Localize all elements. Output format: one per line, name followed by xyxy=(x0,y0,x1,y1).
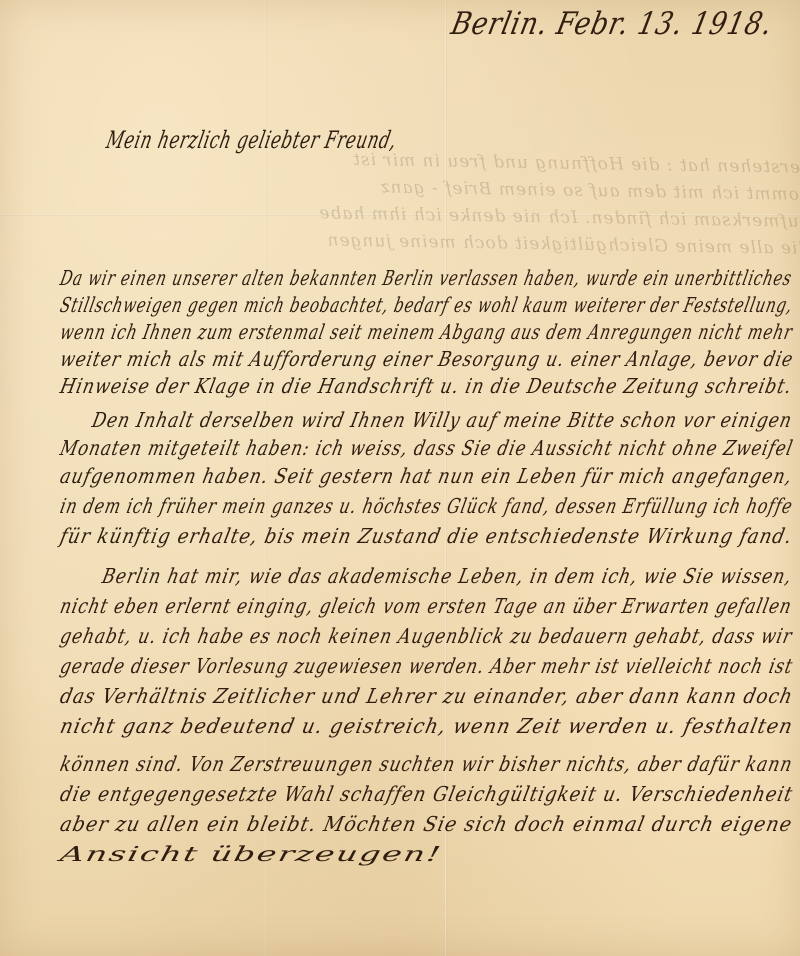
body-line: nicht eben erlernt einging, gleich vom e… xyxy=(58,594,794,618)
body-line: Monaten mitgeteilt haben: ich weiss, das… xyxy=(58,436,796,460)
body-line: Hinweise der Klage in die Handschrift u.… xyxy=(58,374,795,398)
body-line: Ansicht überzeugen! xyxy=(58,842,445,866)
body-line: gerade dieser Vorlesung zugewiesen werde… xyxy=(58,654,795,678)
body-line: die entgegengesetzte Wahl schaffen Gleic… xyxy=(58,782,795,806)
body-line: in dem ich früher mein ganzes u. höchste… xyxy=(58,494,795,518)
date-line: Berlin. Febr. 13. 1918. xyxy=(448,6,776,42)
body-line: Da wir einen unserer alten bekannten Ber… xyxy=(58,266,794,290)
body-line: das Verhältnis Zeitlicher und Lehrer zu … xyxy=(58,684,796,708)
body-line: aufgenommen haben. Seit gestern hat nun … xyxy=(58,464,795,488)
letter-page: verstehen hat : die Hoffnung und freu in… xyxy=(0,0,800,956)
body-line: nicht ganz bedeutend u. geistreich, wenn… xyxy=(58,714,796,738)
bleed-through-text: verstehen hat : die Hoffnung und freu in… xyxy=(249,145,800,263)
body-line: Stillschweigen gegen mich beobachtet, be… xyxy=(58,293,795,317)
body-line: für künftig erhalte, bis mein Zustand di… xyxy=(58,524,795,548)
body-line: können sind. Von Zerstreuungen suchten w… xyxy=(58,752,795,776)
salutation: Mein herzlich geliebter Freund, xyxy=(104,126,400,154)
body-line: Den Inhalt derselben wird Ihnen Willy au… xyxy=(90,408,795,432)
body-line: wenn ich Ihnen zum erstenmal seit meinem… xyxy=(58,320,795,344)
body-line: gehabt, u. ich habe es noch keinen Augen… xyxy=(58,624,795,648)
body-line: aber zu allen ein bleibt. Möchten Sie si… xyxy=(58,812,795,836)
body-line: weiter mich als mit Aufforderung einer B… xyxy=(58,347,796,371)
body-line: Berlin hat mir, wie das akademische Lebe… xyxy=(100,564,795,588)
